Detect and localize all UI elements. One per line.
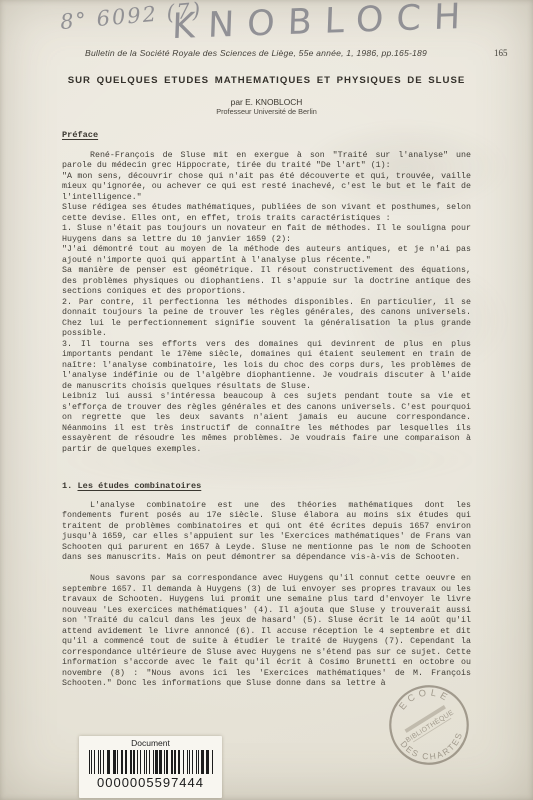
barcode-number: 0000005597444 xyxy=(97,775,204,790)
stamp-middle-text: BIBLIOTHÈQUE xyxy=(404,707,455,744)
paragraph: Nous savons par sa correspondance avec H… xyxy=(62,574,471,690)
scanned-document-page: 8° 6092 (7) KNOBLOCH Bulletin de la Soci… xyxy=(0,0,533,800)
paragraph: "A mon sens, découvrir chose qui n'ait p… xyxy=(62,172,471,204)
barcode-label: Document 0000005597444 xyxy=(79,736,222,798)
barcode-title: Document xyxy=(131,738,170,748)
paragraph: René-François de Sluse mit en exergue à … xyxy=(62,151,471,172)
section-1-title: Les études combinatoires xyxy=(78,481,202,491)
stamp-middle-band: BIBLIOTHÈQUE xyxy=(401,703,456,745)
article-body: Préface René-François de Sluse mit en ex… xyxy=(62,130,471,690)
library-stamp: ECOLE DES CHARTES BIBLIOTHÈQUE xyxy=(374,674,483,775)
paragraph: Leibniz lui aussi s'intéressa beaucoup à… xyxy=(62,392,471,455)
paragraph: "J'ai démontré tout au moyen de la métho… xyxy=(62,245,471,266)
page-number: 165 xyxy=(494,48,508,58)
section-1-number: 1. xyxy=(62,481,72,491)
paragraph: Sa manière de penser est géométrique. Il… xyxy=(62,266,471,298)
section-1-heading: 1. Les études combinatoires xyxy=(62,481,471,492)
library-stamp-graphic: ECOLE DES CHARTES BIBLIOTHÈQUE xyxy=(374,674,483,775)
author-byline: par E. KNOBLOCH xyxy=(40,97,493,107)
author-affiliation: Professeur Université de Berlin xyxy=(40,107,493,116)
journal-citation: Bulletin de la Société Royale des Scienc… xyxy=(52,48,460,58)
stamp-bottom-text: DES CHARTES xyxy=(398,729,469,767)
paragraph: 2. Par contre, il perfectionna les métho… xyxy=(62,298,471,340)
paragraph: 1. Sluse n'était pas toujours un novateu… xyxy=(62,224,471,245)
stamp-circle xyxy=(384,680,474,770)
paragraph: L'analyse combinatoire est une des théor… xyxy=(62,501,471,564)
paragraph: 3. Il tourna ses efforts vers des domain… xyxy=(62,340,471,393)
barcode-bars xyxy=(89,750,213,774)
article-title: SUR QUELQUES ETUDES MATHEMATIQUES ET PHY… xyxy=(40,75,493,86)
preface-heading: Préface xyxy=(62,130,471,141)
handwritten-author-name: KNOBLOCH xyxy=(171,0,462,47)
paragraph: Sluse rédigea ses études mathématiques, … xyxy=(62,203,471,224)
